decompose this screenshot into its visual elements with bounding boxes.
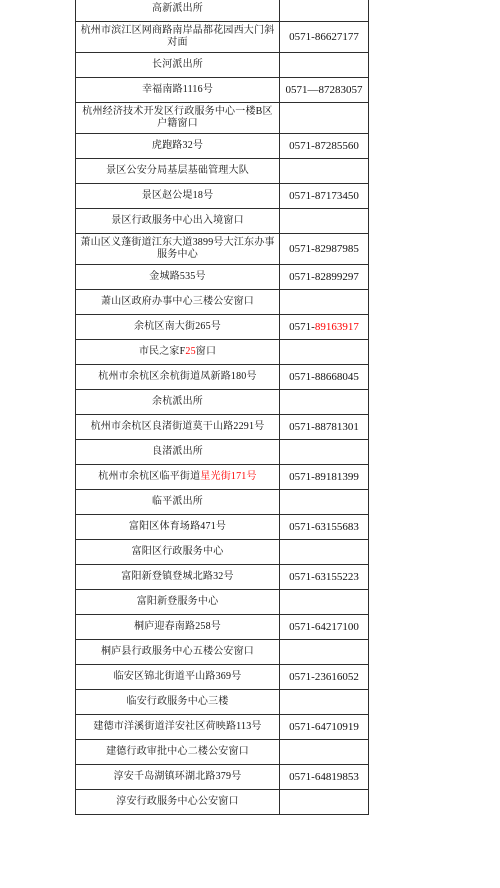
table-row: 临安区锦北街道平山路369号0571-23616052 xyxy=(76,665,369,690)
phone-cell: 0571-88668045 xyxy=(280,365,369,390)
cell-text: 虎跑路32号 xyxy=(152,140,203,151)
table-row: 建德行政审批中心二楼公安窗口 xyxy=(76,740,369,765)
cell-text: 桐庐县行政服务中心五楼公安窗口 xyxy=(101,646,254,657)
table-row: 景区行政服务中心出入境窗口 xyxy=(76,209,369,234)
phone-cell xyxy=(280,540,369,565)
table-row: 富阳区体育场路471号0571-63155683 xyxy=(76,515,369,540)
cell-text: 0571-88668045 xyxy=(289,371,359,383)
cell-text: 余杭派出所 xyxy=(152,396,203,407)
phone-cell xyxy=(280,103,369,134)
address-cell: 杭州市余杭区临平街道星光街171号 xyxy=(76,465,280,490)
phone-cell xyxy=(280,740,369,765)
table-row: 杭州市余杭区良渚街道莫干山路2291号0571-88781301 xyxy=(76,415,369,440)
cell-text: 金城路535号 xyxy=(149,271,205,282)
highlighted-text: 星光街171号 xyxy=(200,471,256,482)
table-row: 虎跑路32号0571-87285560 xyxy=(76,134,369,159)
phone-cell: 0571-64710919 xyxy=(280,715,369,740)
address-cell: 金城路535号 xyxy=(76,265,280,290)
table-row: 桐庐县行政服务中心五楼公安窗口 xyxy=(76,640,369,665)
cell-text: 建德市洋溪街道洋安社区荷映路113号 xyxy=(93,721,261,732)
cell-text: 临安区锦北街道平山路369号 xyxy=(114,671,242,682)
cell-text: 杭州市余杭区临平街道 xyxy=(98,471,200,482)
phone-cell: 0571-89181399 xyxy=(280,465,369,490)
cell-text: 杭州经济技术开发区行政服务中心一楼B区户籍窗口 xyxy=(82,106,272,130)
address-cell: 富阳区体育场路471号 xyxy=(76,515,280,540)
cell-text: 萧山区政府办事中心三楼公安窗口 xyxy=(101,296,254,307)
cell-text: 0571-89181399 xyxy=(289,471,359,483)
cell-text: 0571-86627177 xyxy=(289,31,359,43)
phone-cell xyxy=(280,390,369,415)
address-cell: 桐庐迎春南路258号 xyxy=(76,615,280,640)
cell-text: 0571-88781301 xyxy=(289,421,359,433)
cell-text: 富阳新登镇登城北路32号 xyxy=(121,571,233,582)
cell-text: 临平派出所 xyxy=(152,496,203,507)
address-cell: 余杭派出所 xyxy=(76,390,280,415)
address-cell: 杭州经济技术开发区行政服务中心一楼B区户籍窗口 xyxy=(76,103,280,134)
cell-text: 富阳区行政服务中心 xyxy=(132,546,224,557)
phone-cell xyxy=(280,590,369,615)
address-cell: 萧山区义蓬街道江东大道3899号大江东办事服务中心 xyxy=(76,234,280,265)
phone-cell xyxy=(280,159,369,184)
phone-cell xyxy=(280,490,369,515)
cell-text: 富阳新登服务中心 xyxy=(137,596,219,607)
address-cell: 虎跑路32号 xyxy=(76,134,280,159)
cell-text: 窗口 xyxy=(196,346,216,357)
cell-text: 0571-23616052 xyxy=(289,671,359,683)
table-row: 余杭派出所 xyxy=(76,390,369,415)
address-cell: 长河派出所 xyxy=(76,53,280,78)
cell-text: 0571-87285560 xyxy=(289,140,359,152)
phone-cell: 0571-63155223 xyxy=(280,565,369,590)
document-page: 高新派出所杭州市滨江区网商路南岸晶都花园西大门斜对面0571-86627177长… xyxy=(75,0,370,832)
cell-text: 0571-82899297 xyxy=(289,271,359,283)
table-row: 桐庐迎春南路258号0571-64217100 xyxy=(76,615,369,640)
table-row: 富阳区行政服务中心 xyxy=(76,540,369,565)
phone-cell: 0571-82987985 xyxy=(280,234,369,265)
cell-text: 0571-64217100 xyxy=(289,621,359,633)
table-row: 景区公安分局基层基础管理大队 xyxy=(76,159,369,184)
phone-cell xyxy=(280,440,369,465)
phone-cell: 0571-64819853 xyxy=(280,765,369,790)
cell-text: 幸福南路1116号 xyxy=(142,84,213,95)
cell-text: 景区赵公堤18号 xyxy=(142,190,214,201)
table-row: 杭州经济技术开发区行政服务中心一楼B区户籍窗口 xyxy=(76,103,369,134)
cell-text: 景区行政服务中心出入境窗口 xyxy=(111,215,244,226)
phone-cell: 0571-64217100 xyxy=(280,615,369,640)
cell-text: 余杭区南大街265号 xyxy=(134,321,221,332)
table-row: 长河派出所 xyxy=(76,53,369,78)
phone-cell xyxy=(280,290,369,315)
cell-text: 高新派出所 xyxy=(152,3,203,14)
address-cell: 幸福南路1116号 xyxy=(76,78,280,103)
phone-cell: 0571-88781301 xyxy=(280,415,369,440)
phone-cell: 0571-82899297 xyxy=(280,265,369,290)
phone-cell xyxy=(280,640,369,665)
phone-cell xyxy=(280,340,369,365)
phone-cell: 0571—87283057 xyxy=(280,78,369,103)
phone-cell: 0571-87173450 xyxy=(280,184,369,209)
address-cell: 余杭区南大街265号 xyxy=(76,315,280,340)
cell-text: 0571—87283057 xyxy=(286,84,363,96)
phone-cell xyxy=(280,0,369,22)
table-row: 淳安千岛湖镇环湖北路379号0571-64819853 xyxy=(76,765,369,790)
cell-text: 建德行政审批中心二楼公安窗口 xyxy=(106,746,249,757)
cell-text: 桐庐迎春南路258号 xyxy=(134,621,221,632)
address-cell: 良渚派出所 xyxy=(76,440,280,465)
table-row: 余杭区南大街265号0571-89163917 xyxy=(76,315,369,340)
table-row: 景区赵公堤18号0571-87173450 xyxy=(76,184,369,209)
cell-text: 景区公安分局基层基础管理大队 xyxy=(106,165,249,176)
table-row: 临安行政服务中心三楼 xyxy=(76,690,369,715)
address-cell: 景区赵公堤18号 xyxy=(76,184,280,209)
address-cell: 淳安行政服务中心公安窗口 xyxy=(76,790,280,815)
table-row: 富阳新登镇登城北路32号0571-63155223 xyxy=(76,565,369,590)
address-cell: 景区行政服务中心出入境窗口 xyxy=(76,209,280,234)
highlighted-text: 89163917 xyxy=(315,321,359,333)
cell-text: 杭州市滨江区网商路南岸晶都花园西大门斜对面 xyxy=(81,25,275,49)
table-row: 幸福南路1116号0571—87283057 xyxy=(76,78,369,103)
address-cell: 杭州市余杭区余杭街道凤新路180号 xyxy=(76,365,280,390)
cell-text: 杭州市余杭区良渚街道莫干山路2291号 xyxy=(91,421,265,432)
cell-text: 0571-63155683 xyxy=(289,521,359,533)
address-cell: 萧山区政府办事中心三楼公安窗口 xyxy=(76,290,280,315)
cell-text: 市民之家F xyxy=(139,346,186,357)
table-row: 高新派出所 xyxy=(76,0,369,22)
cell-text: 萧山区义蓬街道江东大道3899号大江东办事服务中心 xyxy=(80,237,274,261)
table-row: 良渚派出所 xyxy=(76,440,369,465)
phone-cell xyxy=(280,209,369,234)
cell-text: 0571- xyxy=(289,321,315,333)
cell-text: 淳安千岛湖镇环湖北路379号 xyxy=(114,771,242,782)
table-row: 富阳新登服务中心 xyxy=(76,590,369,615)
address-cell: 桐庐县行政服务中心五楼公安窗口 xyxy=(76,640,280,665)
table-row: 市民之家F25窗口 xyxy=(76,340,369,365)
cell-text: 0571-64710919 xyxy=(289,721,359,733)
cell-text: 0571-87173450 xyxy=(289,190,359,202)
table-row: 萧山区义蓬街道江东大道3899号大江东办事服务中心0571-82987985 xyxy=(76,234,369,265)
table-row: 建德市洋溪街道洋安社区荷映路113号0571-64710919 xyxy=(76,715,369,740)
table-row: 淳安行政服务中心公安窗口 xyxy=(76,790,369,815)
table-row: 金城路535号0571-82899297 xyxy=(76,265,369,290)
address-cell: 高新派出所 xyxy=(76,0,280,22)
table-row: 临平派出所 xyxy=(76,490,369,515)
cell-text: 长河派出所 xyxy=(152,59,203,70)
address-cell: 富阳区行政服务中心 xyxy=(76,540,280,565)
address-cell: 建德市洋溪街道洋安社区荷映路113号 xyxy=(76,715,280,740)
highlighted-text: 25 xyxy=(185,346,195,357)
address-cell: 杭州市余杭区良渚街道莫干山路2291号 xyxy=(76,415,280,440)
phone-cell xyxy=(280,690,369,715)
phone-cell: 0571-89163917 xyxy=(280,315,369,340)
address-cell: 淳安千岛湖镇环湖北路379号 xyxy=(76,765,280,790)
table-row: 杭州市滨江区网商路南岸晶都花园西大门斜对面0571-86627177 xyxy=(76,22,369,53)
table-row: 杭州市余杭区余杭街道凤新路180号0571-88668045 xyxy=(76,365,369,390)
cell-text: 0571-64819853 xyxy=(289,771,359,783)
address-cell: 临平派出所 xyxy=(76,490,280,515)
cell-text: 良渚派出所 xyxy=(152,446,203,457)
address-cell: 富阳新登镇登城北路32号 xyxy=(76,565,280,590)
cell-text: 0571-82987985 xyxy=(289,243,359,255)
address-cell: 富阳新登服务中心 xyxy=(76,590,280,615)
cell-text: 临安行政服务中心三楼 xyxy=(127,696,229,707)
phone-cell xyxy=(280,53,369,78)
address-cell: 建德行政审批中心二楼公安窗口 xyxy=(76,740,280,765)
service-points-table-body: 高新派出所杭州市滨江区网商路南岸晶都花园西大门斜对面0571-86627177长… xyxy=(76,0,369,815)
phone-cell: 0571-86627177 xyxy=(280,22,369,53)
address-cell: 临安行政服务中心三楼 xyxy=(76,690,280,715)
address-cell: 杭州市滨江区网商路南岸晶都花园西大门斜对面 xyxy=(76,22,280,53)
cell-text: 0571-63155223 xyxy=(289,571,359,583)
phone-cell: 0571-87285560 xyxy=(280,134,369,159)
cell-text: 淳安行政服务中心公安窗口 xyxy=(116,796,238,807)
address-cell: 景区公安分局基层基础管理大队 xyxy=(76,159,280,184)
table-row: 杭州市余杭区临平街道星光街171号0571-89181399 xyxy=(76,465,369,490)
address-cell: 临安区锦北街道平山路369号 xyxy=(76,665,280,690)
service-points-table: 高新派出所杭州市滨江区网商路南岸晶都花园西大门斜对面0571-86627177长… xyxy=(75,0,369,815)
phone-cell xyxy=(280,790,369,815)
address-cell: 市民之家F25窗口 xyxy=(76,340,280,365)
cell-text: 杭州市余杭区余杭街道凤新路180号 xyxy=(98,371,256,382)
table-row: 萧山区政府办事中心三楼公安窗口 xyxy=(76,290,369,315)
phone-cell: 0571-23616052 xyxy=(280,665,369,690)
phone-cell: 0571-63155683 xyxy=(280,515,369,540)
cell-text: 富阳区体育场路471号 xyxy=(129,521,226,532)
